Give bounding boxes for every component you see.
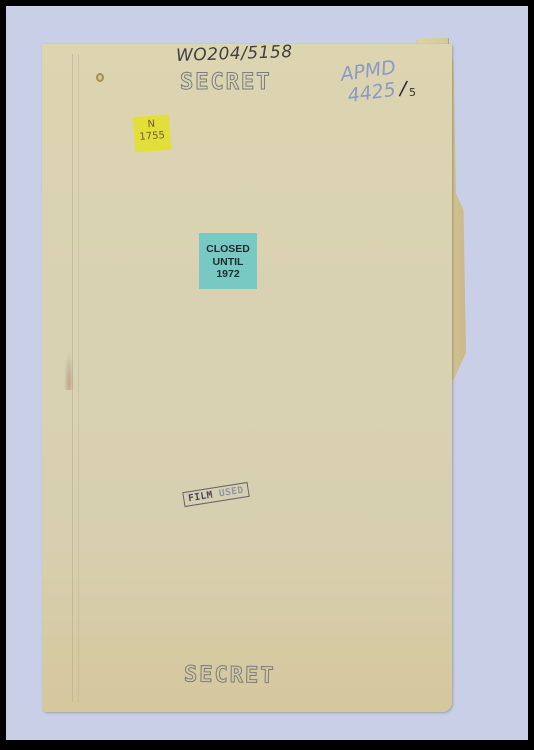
paper-stain bbox=[64, 350, 74, 390]
sticky-note: N 1755 bbox=[133, 115, 171, 152]
closure-label-line2: UNTIL bbox=[199, 256, 257, 269]
sticky-note-line2: 1755 bbox=[134, 130, 171, 144]
reference-number: WO204/5158 bbox=[176, 42, 293, 66]
catalogue-note-suffix: 5 bbox=[409, 86, 416, 99]
closure-label-line1: CLOSED bbox=[199, 243, 257, 256]
film-stamp-main: FILM bbox=[187, 490, 213, 505]
folder-cover bbox=[42, 44, 452, 712]
classification-stamp-top: SECRET bbox=[180, 70, 271, 95]
catalogue-note: APMD 4425 bbox=[339, 56, 400, 107]
film-stamp-faded: USED bbox=[218, 485, 244, 500]
classification-stamp-bottom: SECRET bbox=[184, 662, 276, 689]
closure-label-line3: 1972 bbox=[199, 268, 257, 281]
punch-hole-icon bbox=[96, 73, 104, 82]
closure-label: CLOSED UNTIL 1972 bbox=[199, 233, 257, 289]
